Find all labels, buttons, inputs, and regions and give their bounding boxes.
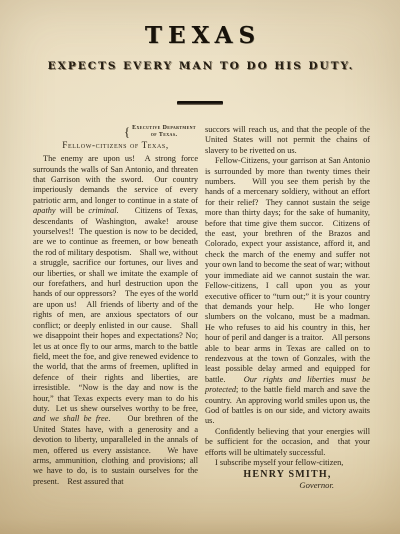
left-column-text: The enemy are upon us! A strong force su… <box>33 154 198 487</box>
paragraph: I subscribe myself your fellow-citizen, <box>205 458 370 468</box>
text-segment: succors will reach us, and that the peop… <box>205 125 372 155</box>
emphasized-text-segment: criminal <box>88 206 116 215</box>
left-column: { Executive Department of Texas. Fellow-… <box>33 125 198 490</box>
text-segment: . Our brethren of the United States have… <box>33 414 200 485</box>
text-segment: The enemy are upon us! A strong force su… <box>33 154 200 205</box>
broadside-page: TEXAS EXPECTS EVERY MAN TO DO HIS DUTY. … <box>0 0 400 534</box>
paragraph: The enemy are upon us! A strong force su… <box>33 154 198 487</box>
brace-glyph: { <box>124 126 130 138</box>
text-columns: { Executive Department of Texas. Fellow-… <box>33 125 370 490</box>
dateline-lines: Executive Department of Texas. <box>132 125 196 138</box>
right-column-text: succors will reach us, and that the peop… <box>205 125 370 468</box>
text-segment: I subscribe myself your fellow-citizen, <box>215 458 343 467</box>
dateline-line1: Executive Department <box>132 125 196 132</box>
emphasized-text-segment: and we shall be free <box>33 414 108 423</box>
text-segment: Confidently believing that your energies… <box>205 427 372 457</box>
signature-name: HENRY SMITH, <box>205 469 370 480</box>
text-segment: . Citizens of Texas, descendants of Wash… <box>33 206 200 413</box>
dateline: { Executive Department of Texas. <box>33 125 198 138</box>
paragraph: Confidently believing that your energies… <box>205 427 370 458</box>
dateline-line2: of Texas. <box>151 132 178 139</box>
right-column: succors will reach us, and that the peop… <box>205 125 370 490</box>
signature-role: Governor. <box>205 480 370 490</box>
paragraph: succors will reach us, and that the peop… <box>205 125 370 156</box>
document-title: TEXAS <box>0 22 400 49</box>
paragraph: Fellow-Citizens, your garrison at San An… <box>205 156 370 427</box>
text-segment: will be <box>56 206 89 215</box>
document-subtitle: EXPECTS EVERY MAN TO DO HIS DUTY. <box>0 60 400 72</box>
ornamental-divider <box>177 101 223 105</box>
salutation: Fellow-citizens of Texas, <box>33 140 198 151</box>
text-segment: Fellow-Citizens, your garrison at San An… <box>205 156 378 384</box>
emphasized-text-segment: apathy <box>33 206 56 215</box>
